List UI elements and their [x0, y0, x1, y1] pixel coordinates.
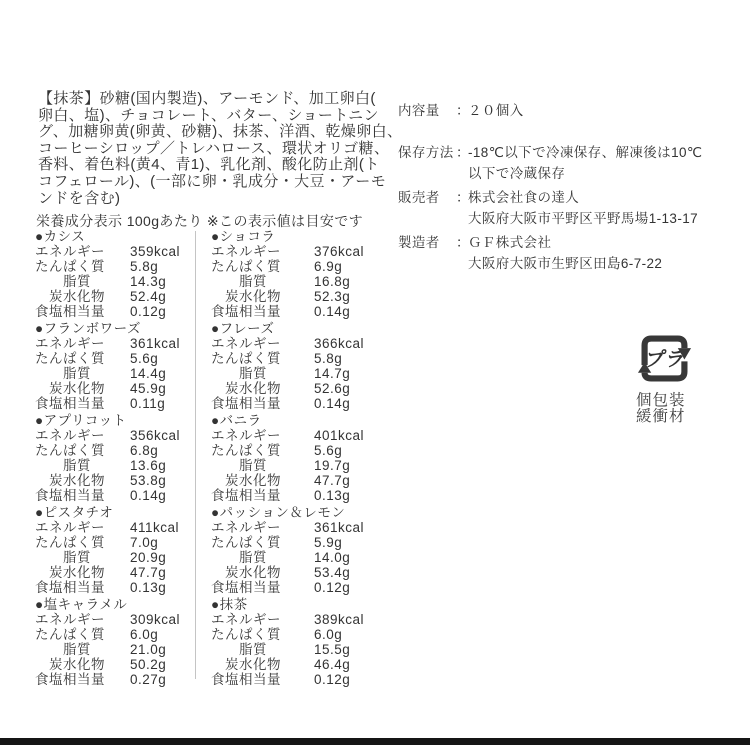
- nutrition-row-fat: 脂質14.4g: [35, 366, 197, 381]
- nutrition-row-protein: たんぱく質5.6g: [211, 443, 387, 458]
- nutrition-row-value: 389kcal: [314, 612, 364, 627]
- seller-entry: 販売者： 株式会社食の達人 大阪府大阪市平野区平野馬場1-13-17: [398, 187, 698, 229]
- nutrition-row-value: 15.5g: [314, 642, 350, 657]
- nutrition-row-label: エネルギー: [35, 612, 130, 627]
- nutrition-row-value: 0.13g: [130, 580, 166, 595]
- info-value: ＧＦ株式会社 大阪府大阪市生野区田島6-7-22: [468, 232, 662, 274]
- nutrition-row-label: たんぱく質: [211, 443, 314, 458]
- nutrition-row-label: エネルギー: [35, 428, 130, 443]
- nutrition-row-value: 6.8g: [130, 443, 158, 458]
- flavor-name: ●ピスタチオ: [35, 505, 197, 520]
- nutrition-row-label: 脂質: [35, 366, 130, 381]
- nutrition-row-protein: たんぱく質6.9g: [211, 259, 387, 274]
- nutrition-row-value: 53.8g: [130, 473, 166, 488]
- nutrition-row-value: 20.9g: [130, 550, 166, 565]
- nutrition-row-carbs: 炭水化物52.4g: [35, 289, 197, 304]
- nutrition-row-label: 炭水化物: [35, 289, 130, 304]
- info-line: 大阪府大阪市生野区田島6-7-22: [468, 253, 662, 274]
- nutrition-row-salt: 食塩相当量0.13g: [211, 488, 387, 503]
- nutrition-row-value: 366kcal: [314, 336, 364, 351]
- nutrition-row-label: たんぱく質: [211, 259, 314, 274]
- nutrition-row-label: 脂質: [211, 550, 314, 565]
- nutrition-row-label: たんぱく質: [211, 535, 314, 550]
- nutrition-row-value: 16.8g: [314, 274, 350, 289]
- bottom-scan-bar: [0, 738, 750, 745]
- pla-recycle-icon: プラ: [636, 331, 693, 386]
- flavor-name: ●フレーズ: [211, 321, 387, 336]
- nutrition-row-energy: エネルギー359kcal: [35, 244, 197, 259]
- nutrition-row-value: 0.12g: [314, 580, 350, 595]
- flavor-cassis: ●カシス エネルギー359kcal たんぱく質5.8g 脂質14.3g 炭水化物…: [35, 229, 197, 319]
- nutrition-row-label: 食塩相当量: [211, 396, 314, 411]
- info-value: ２０個入: [468, 100, 524, 121]
- info-label: 保存方法: [398, 142, 456, 163]
- nutrition-row-value: 47.7g: [130, 565, 166, 580]
- nutrition-row-value: 0.12g: [314, 672, 350, 687]
- nutrition-row-value: 52.4g: [130, 289, 166, 304]
- nutrition-row-label: 炭水化物: [35, 657, 130, 672]
- nutrition-row-energy: エネルギー361kcal: [35, 336, 197, 351]
- info-colon: ：: [456, 100, 468, 121]
- nutrition-row-label: 食塩相当量: [211, 580, 314, 595]
- nutrition-row-label: たんぱく質: [35, 351, 130, 366]
- nutrition-row-label: 脂質: [35, 642, 130, 657]
- flavor-name: ●抹茶: [211, 597, 387, 612]
- info-label: 内容量: [398, 100, 456, 121]
- flavor-apricot: ●アプリコット エネルギー356kcal たんぱく質6.8g 脂質13.6g 炭…: [35, 413, 197, 503]
- flavor-name: ●ショコラ: [211, 229, 387, 244]
- nutrition-row-value: 356kcal: [130, 428, 180, 443]
- nutrition-row-label: 炭水化物: [35, 381, 130, 396]
- nutrition-row-salt: 食塩相当量0.12g: [35, 304, 197, 319]
- nutrition-row-value: 53.4g: [314, 565, 350, 580]
- flavor-name: ●アプリコット: [35, 413, 197, 428]
- nutrition-column-left: ●カシス エネルギー359kcal たんぱく質5.8g 脂質14.3g 炭水化物…: [35, 229, 197, 689]
- nutrition-row-value: 45.9g: [130, 381, 166, 396]
- nutrition-row-value: 5.9g: [314, 535, 342, 550]
- nutrition-row-label: たんぱく質: [35, 627, 130, 642]
- nutrition-row-fat: 脂質21.0g: [35, 642, 197, 657]
- ingredient-line: グ、加糖卵黄(卵黄、砂糖)、抹茶、洋酒、乾燥卵白、: [38, 124, 394, 141]
- nutrition-row-value: 0.14g: [314, 304, 350, 319]
- contents-entry: 内容量： ２０個入: [398, 100, 524, 121]
- nutrition-row-salt: 食塩相当量0.14g: [211, 304, 387, 319]
- nutrition-row-protein: たんぱく質5.6g: [35, 351, 197, 366]
- nutrition-row-value: 6.0g: [130, 627, 158, 642]
- recycle-caption: 個包装 緩衝材: [636, 393, 706, 425]
- nutrition-row-energy: エネルギー411kcal: [35, 520, 197, 535]
- nutrition-row-value: 0.27g: [130, 672, 166, 687]
- nutrition-row-carbs: 炭水化物52.6g: [211, 381, 387, 396]
- nutrition-row-salt: 食塩相当量0.14g: [211, 396, 387, 411]
- manufacturer-entry: 製造者： ＧＦ株式会社 大阪府大阪市生野区田島6-7-22: [398, 232, 662, 274]
- nutrition-column-right: ●ショコラ エネルギー376kcal たんぱく質6.9g 脂質16.8g 炭水化…: [211, 229, 387, 689]
- nutrition-row-label: エネルギー: [211, 244, 314, 259]
- nutrition-row-label: 脂質: [211, 458, 314, 473]
- nutrition-row-value: 0.14g: [314, 396, 350, 411]
- plastic-recycle-mark: プラ 個包装 緩衝材: [636, 331, 706, 425]
- info-line: 株式会社食の達人: [468, 187, 698, 208]
- nutrition-row-value: 14.0g: [314, 550, 350, 565]
- ingredient-line: 香料、着色料(黄4、青1)、乳化剤、酸化防止剤(ト: [38, 157, 394, 174]
- nutrition-row-fat: 脂質15.5g: [211, 642, 387, 657]
- nutrition-row-energy: エネルギー356kcal: [35, 428, 197, 443]
- nutrition-row-value: 7.0g: [130, 535, 158, 550]
- nutrition-row-energy: エネルギー401kcal: [211, 428, 387, 443]
- nutrition-row-label: エネルギー: [35, 336, 130, 351]
- nutrition-row-value: 359kcal: [130, 244, 180, 259]
- info-colon: ：: [456, 142, 468, 163]
- nutrition-row-carbs: 炭水化物47.7g: [35, 565, 197, 580]
- nutrition-row-carbs: 炭水化物53.8g: [35, 473, 197, 488]
- nutrition-row-value: 47.7g: [314, 473, 350, 488]
- nutrition-row-protein: たんぱく質6.0g: [211, 627, 387, 642]
- nutrition-row-label: 炭水化物: [35, 473, 130, 488]
- product-label-sheet: 【抹茶】砂糖(国内製造)、アーモンド、加工卵白( 卵白、塩)、チョコレート、バタ…: [0, 0, 750, 750]
- nutrition-row-carbs: 炭水化物47.7g: [211, 473, 387, 488]
- storage-entry: 保存方法： -18℃以下で冷凍保存、解凍後は10℃ 以下で冷蔵保存: [398, 142, 702, 184]
- ingredient-line: ンドを含む): [38, 191, 394, 208]
- nutrition-row-protein: たんぱく質5.8g: [35, 259, 197, 274]
- pla-mark-text: プラ: [644, 347, 687, 371]
- nutrition-row-salt: 食塩相当量0.12g: [211, 580, 387, 595]
- nutrition-row-carbs: 炭水化物45.9g: [35, 381, 197, 396]
- nutrition-row-label: 炭水化物: [211, 565, 314, 580]
- nutrition-row-value: 14.4g: [130, 366, 166, 381]
- nutrition-row-label: たんぱく質: [211, 627, 314, 642]
- nutrition-row-value: 5.6g: [314, 443, 342, 458]
- info-value: 株式会社食の達人 大阪府大阪市平野区平野馬場1-13-17: [468, 187, 698, 229]
- nutrition-row-carbs: 炭水化物53.4g: [211, 565, 387, 580]
- nutrition-row-label: 脂質: [35, 458, 130, 473]
- nutrition-row-label: 脂質: [35, 550, 130, 565]
- nutrition-row-label: エネルギー: [211, 336, 314, 351]
- nutrition-row-energy: エネルギー309kcal: [35, 612, 197, 627]
- nutrition-row-protein: たんぱく質5.9g: [211, 535, 387, 550]
- ingredient-line: 【抹茶】砂糖(国内製造)、アーモンド、加工卵白(: [38, 91, 394, 108]
- nutrition-row-fat: 脂質13.6g: [35, 458, 197, 473]
- nutrition-row-value: 0.12g: [130, 304, 166, 319]
- nutrition-row-label: 食塩相当量: [35, 672, 130, 687]
- nutrition-row-label: 食塩相当量: [211, 304, 314, 319]
- nutrition-row-label: 炭水化物: [35, 565, 130, 580]
- nutrition-row-fat: 脂質14.0g: [211, 550, 387, 565]
- nutrition-row-label: 炭水化物: [211, 473, 314, 488]
- nutrition-row-protein: たんぱく質6.8g: [35, 443, 197, 458]
- nutrition-row-label: 炭水化物: [211, 381, 314, 396]
- nutrition-row-label: エネルギー: [35, 520, 130, 535]
- nutrition-row-label: 食塩相当量: [211, 488, 314, 503]
- info-line: 以下で冷蔵保存: [468, 163, 702, 184]
- nutrition-row-energy: エネルギー389kcal: [211, 612, 387, 627]
- nutrition-row-fat: 脂質20.9g: [35, 550, 197, 565]
- nutrition-row-label: 脂質: [35, 274, 130, 289]
- nutrition-row-value: 411kcal: [130, 520, 179, 535]
- nutrition-row-salt: 食塩相当量0.13g: [35, 580, 197, 595]
- nutrition-row-protein: たんぱく質6.0g: [35, 627, 197, 642]
- flavor-name: ●フランボワーズ: [35, 321, 197, 336]
- flavor-matcha: ●抹茶 エネルギー389kcal たんぱく質6.0g 脂質15.5g 炭水化物4…: [211, 597, 387, 687]
- nutrition-row-label: たんぱく質: [211, 351, 314, 366]
- info-colon: ：: [456, 187, 468, 208]
- nutrition-row-label: たんぱく質: [35, 259, 130, 274]
- nutrition-row-carbs: 炭水化物46.4g: [211, 657, 387, 672]
- nutrition-row-value: 21.0g: [130, 642, 166, 657]
- ingredient-line: 卵白、塩)、チョコレート、バター、ショートニン: [38, 108, 394, 125]
- flavor-name: ●バニラ: [211, 413, 387, 428]
- nutrition-row-fat: 脂質14.3g: [35, 274, 197, 289]
- nutrition-row-label: 脂質: [211, 366, 314, 381]
- flavor-framboise: ●フランボワーズ エネルギー361kcal たんぱく質5.6g 脂質14.4g …: [35, 321, 197, 411]
- nutrition-row-label: 炭水化物: [211, 657, 314, 672]
- flavor-salt-caramel: ●塩キャラメル エネルギー309kcal たんぱく質6.0g 脂質21.0g 炭…: [35, 597, 197, 687]
- nutrition-row-energy: エネルギー376kcal: [211, 244, 387, 259]
- nutrition-row-label: 脂質: [211, 642, 314, 657]
- nutrition-row-value: 6.0g: [314, 627, 342, 642]
- info-value: -18℃以下で冷凍保存、解凍後は10℃ 以下で冷蔵保存: [468, 142, 702, 184]
- nutrition-row-value: 361kcal: [130, 336, 180, 351]
- nutrition-header: 栄養成分表示 100gあたり ※この表示値は目安です: [36, 211, 363, 231]
- nutrition-row-label: 食塩相当量: [211, 672, 314, 687]
- nutrition-row-salt: 食塩相当量0.11g: [35, 396, 197, 411]
- nutrition-row-salt: 食塩相当量0.12g: [211, 672, 387, 687]
- nutrition-row-label: たんぱく質: [35, 535, 130, 550]
- nutrition-row-salt: 食塩相当量0.27g: [35, 672, 197, 687]
- nutrition-row-fat: 脂質16.8g: [211, 274, 387, 289]
- nutrition-row-value: 376kcal: [314, 244, 364, 259]
- nutrition-row-label: 炭水化物: [211, 289, 314, 304]
- ingredients-text: 【抹茶】砂糖(国内製造)、アーモンド、加工卵白( 卵白、塩)、チョコレート、バタ…: [38, 91, 394, 207]
- flavor-fraise: ●フレーズ エネルギー366kcal たんぱく質5.8g 脂質14.7g 炭水化…: [211, 321, 387, 411]
- nutrition-row-value: 6.9g: [314, 259, 342, 274]
- nutrition-row-value: 5.8g: [314, 351, 342, 366]
- nutrition-row-label: たんぱく質: [35, 443, 130, 458]
- nutrition-row-value: 14.7g: [314, 366, 350, 381]
- nutrition-row-value: 5.6g: [130, 351, 158, 366]
- info-colon: ：: [456, 232, 468, 253]
- flavor-vanilla: ●バニラ エネルギー401kcal たんぱく質5.6g 脂質19.7g 炭水化物…: [211, 413, 387, 503]
- info-line: ２０個入: [468, 100, 524, 121]
- nutrition-row-label: エネルギー: [211, 612, 314, 627]
- nutrition-row-value: 19.7g: [314, 458, 350, 473]
- recycle-caption-line: 個包装: [636, 393, 706, 409]
- info-line: 大阪府大阪市平野区平野馬場1-13-17: [468, 208, 698, 229]
- nutrition-row-protein: たんぱく質7.0g: [35, 535, 197, 550]
- flavor-name: ●パッション＆レモン: [211, 505, 387, 520]
- nutrition-row-energy: エネルギー366kcal: [211, 336, 387, 351]
- nutrition-row-fat: 脂質19.7g: [211, 458, 387, 473]
- nutrition-row-label: 脂質: [211, 274, 314, 289]
- nutrition-row-label: 食塩相当量: [35, 304, 130, 319]
- nutrition-row-fat: 脂質14.7g: [211, 366, 387, 381]
- nutrition-row-value: 46.4g: [314, 657, 350, 672]
- nutrition-row-label: エネルギー: [211, 520, 314, 535]
- nutrition-row-value: 52.3g: [314, 289, 350, 304]
- info-label: 販売者: [398, 187, 456, 208]
- flavor-name: ●塩キャラメル: [35, 597, 197, 612]
- info-label: 製造者: [398, 232, 456, 253]
- flavor-passion-lemon: ●パッション＆レモン エネルギー361kcal たんぱく質5.9g 脂質14.0…: [211, 505, 387, 595]
- info-line: -18℃以下で冷凍保存、解凍後は10℃: [468, 142, 702, 163]
- nutrition-row-salt: 食塩相当量0.14g: [35, 488, 197, 503]
- ingredient-line: コフェロール)、(一部に卵・乳成分・大豆・アーモ: [38, 174, 394, 191]
- flavor-name: ●カシス: [35, 229, 197, 244]
- nutrition-row-label: エネルギー: [211, 428, 314, 443]
- nutrition-row-value: 0.11g: [130, 396, 165, 411]
- nutrition-row-value: 0.13g: [314, 488, 350, 503]
- nutrition-row-value: 401kcal: [314, 428, 364, 443]
- nutrition-row-value: 13.6g: [130, 458, 166, 473]
- nutrition-row-carbs: 炭水化物50.2g: [35, 657, 197, 672]
- nutrition-row-label: エネルギー: [35, 244, 130, 259]
- nutrition-row-value: 52.6g: [314, 381, 350, 396]
- nutrition-row-value: 14.3g: [130, 274, 166, 289]
- nutrition-row-value: 50.2g: [130, 657, 166, 672]
- nutrition-row-label: 食塩相当量: [35, 396, 130, 411]
- flavor-pistachio: ●ピスタチオ エネルギー411kcal たんぱく質7.0g 脂質20.9g 炭水…: [35, 505, 197, 595]
- nutrition-row-value: 309kcal: [130, 612, 180, 627]
- nutrition-row-label: 食塩相当量: [35, 488, 130, 503]
- nutrition-row-value: 0.14g: [130, 488, 166, 503]
- nutrition-row-energy: エネルギー361kcal: [211, 520, 387, 535]
- nutrition-row-protein: たんぱく質5.8g: [211, 351, 387, 366]
- flavor-chocolat: ●ショコラ エネルギー376kcal たんぱく質6.9g 脂質16.8g 炭水化…: [211, 229, 387, 319]
- recycle-caption-line: 緩衝材: [636, 409, 706, 425]
- nutrition-row-carbs: 炭水化物52.3g: [211, 289, 387, 304]
- info-line: ＧＦ株式会社: [468, 232, 662, 253]
- nutrition-row-value: 5.8g: [130, 259, 158, 274]
- nutrition-row-label: 食塩相当量: [35, 580, 130, 595]
- ingredient-line: コーヒーシロップ／トレハロース、環状オリゴ糖、: [38, 141, 394, 158]
- nutrition-row-value: 361kcal: [314, 520, 364, 535]
